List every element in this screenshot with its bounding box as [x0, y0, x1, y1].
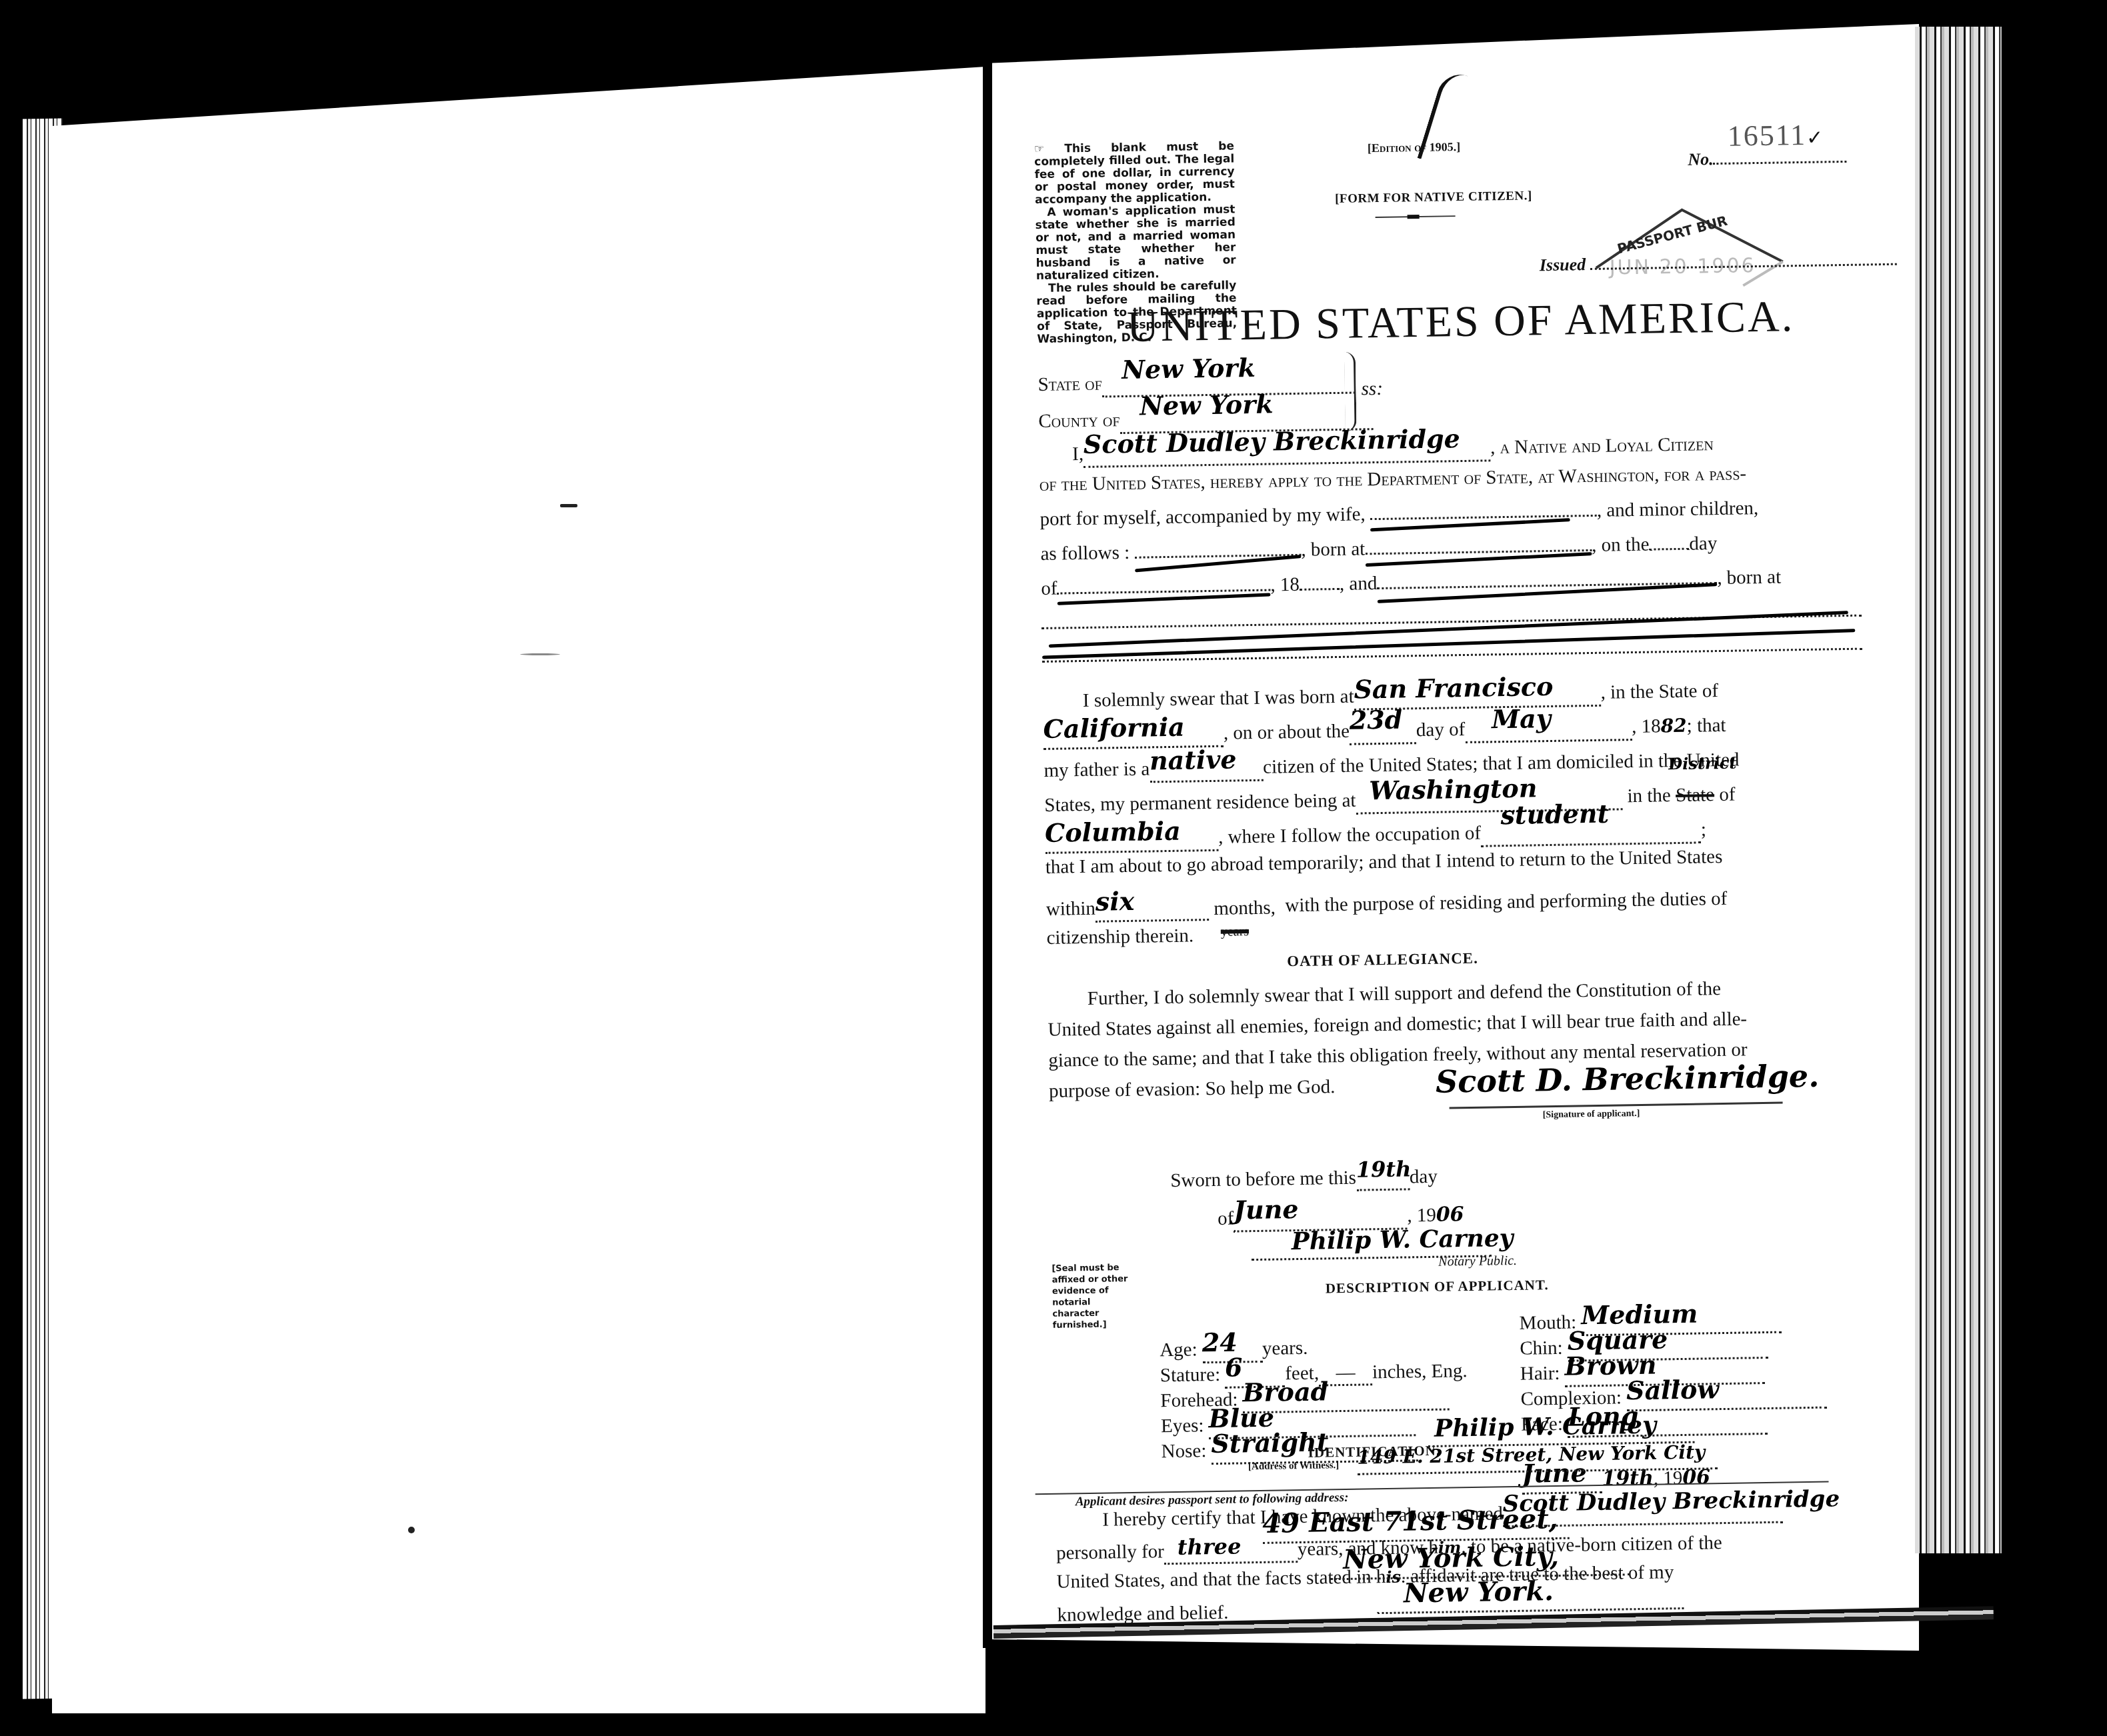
- mailing-address-line: New York City,: [1330, 1542, 1630, 1580]
- form-lower-section: Philip W. Carney [Address of Witness.] 1…: [992, 9, 1944, 1651]
- bleed-speck: [408, 1527, 415, 1533]
- divider-rule: [1035, 1481, 1829, 1495]
- mailing-address-line: New York.: [1377, 1576, 1684, 1614]
- book-spine: [983, 61, 991, 1648]
- witness-address-line: [Address of Witness.] 149 E. 21st Street…: [1248, 1445, 1718, 1477]
- bleed-speck: [520, 653, 560, 655]
- mailing-address-line: 49 East 71st Street,: [1262, 1506, 1570, 1544]
- bleed-speck: [560, 504, 577, 507]
- left-page-blank: [52, 67, 985, 1713]
